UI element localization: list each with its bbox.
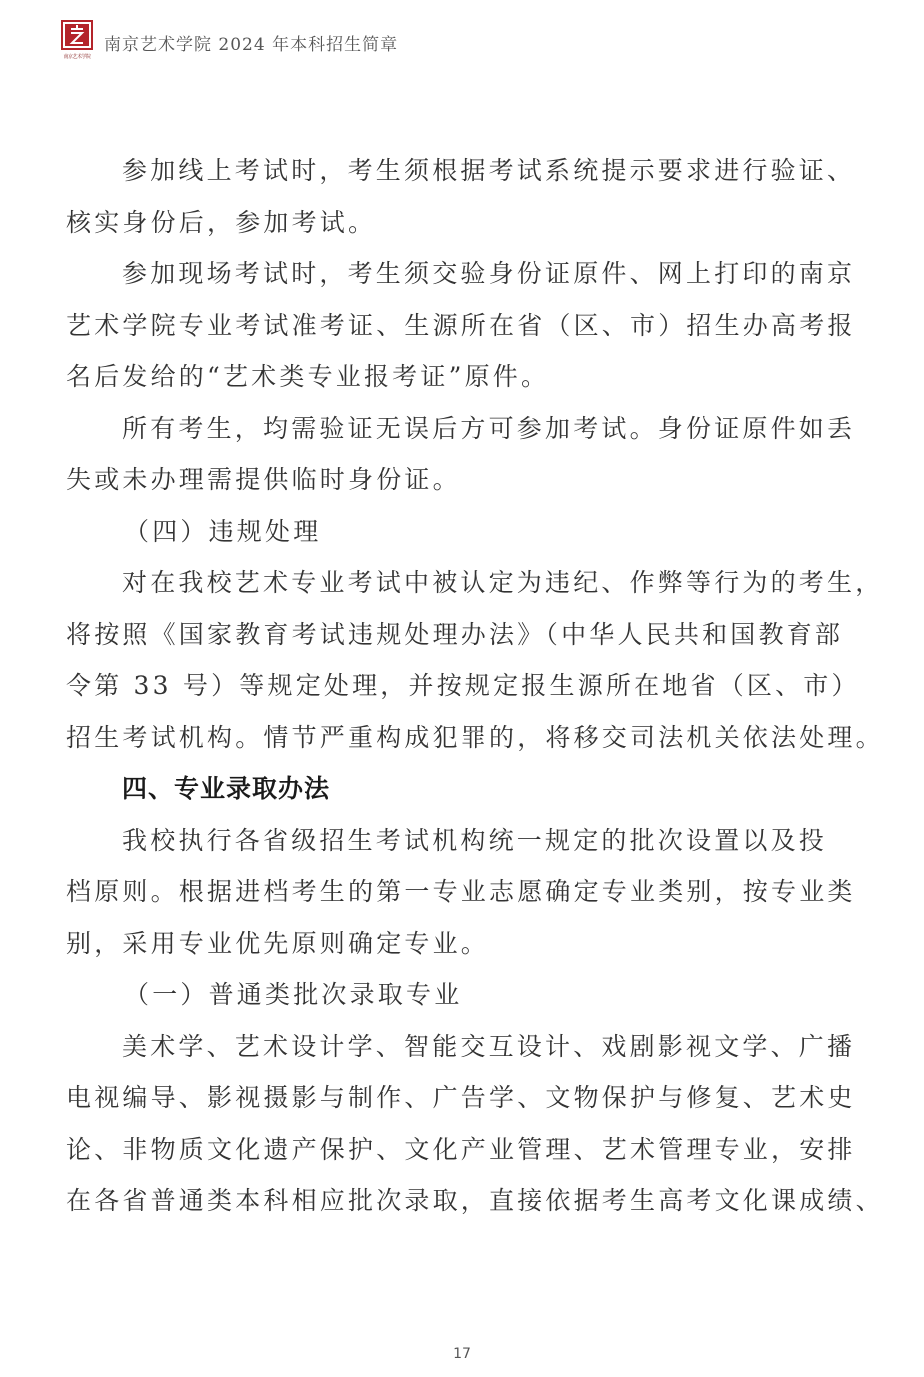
page-header: 南京艺术学院 南京艺术学院 2024 年本科招生简章 [60, 20, 398, 64]
paragraph-line: 电视编导、影视摄影与制作、广告学、文物保护与修复、艺术史 [66, 1072, 866, 1124]
paragraph-line: 核实身份后，参加考试。 [66, 197, 866, 249]
paragraph-line: 失或未办理需提供临时身份证。 [66, 454, 866, 506]
paragraph-line: 将按照《国家教育考试违规处理办法》（中华人民共和国教育部 [66, 609, 866, 661]
paragraph-line: 论、非物质文化遗产保护、文化产业管理、艺术管理专业，安排 [66, 1124, 866, 1176]
paragraph-line: 美术学、艺术设计学、智能交互设计、戏剧影视文学、广播 [66, 1021, 866, 1073]
university-logo: 南京艺术学院 [60, 20, 94, 64]
subsection-heading: （四）违规处理 [66, 506, 866, 558]
paragraph-line: 对在我校艺术专业考试中被认定为违纪、作弊等行为的考生， [66, 557, 866, 609]
document-title: 南京艺术学院 2024 年本科招生简章 [104, 30, 398, 55]
paragraph-line: 别，采用专业优先原则确定专业。 [66, 918, 866, 970]
logo-caption: 南京艺术学院 [60, 53, 94, 59]
paragraph-line: 档原则。根据进档考生的第一专业志愿确定专业类别，按专业类 [66, 866, 866, 918]
paragraph-line: 招生考试机构。情节严重构成犯罪的，将移交司法机关依法处理。 [66, 712, 866, 764]
paragraph-line: 参加现场考试时，考生须交验身份证原件、网上打印的南京 [66, 248, 866, 300]
paragraph-line: 所有考生，均需验证无误后方可参加考试。身份证原件如丢 [66, 403, 866, 455]
page-number: 17 [0, 1346, 924, 1362]
document-body: 参加线上考试时，考生须根据考试系统提示要求进行验证、 核实身份后，参加考试。 参… [66, 145, 866, 1227]
paragraph-line: 令第 33 号）等规定处理，并按规定报生源所在地省（区、市） [66, 660, 866, 712]
paragraph-line: 名后发给的“艺术类专业报考证”原件。 [66, 351, 866, 403]
paragraph-line: 在各省普通类本科相应批次录取，直接依据考生高考文化课成绩、 [66, 1175, 866, 1227]
paragraph-line: 我校执行各省级招生考试机构统一规定的批次设置以及投 [66, 815, 866, 867]
logo-emblem-icon [61, 20, 93, 50]
paragraph-line: 参加线上考试时，考生须根据考试系统提示要求进行验证、 [66, 145, 866, 197]
paragraph-line: 艺术学院专业考试准考证、生源所在省（区、市）招生办高考报 [66, 300, 866, 352]
subsection-heading: （一）普通类批次录取专业 [66, 969, 866, 1021]
section-heading: 四、专业录取办法 [66, 763, 866, 815]
